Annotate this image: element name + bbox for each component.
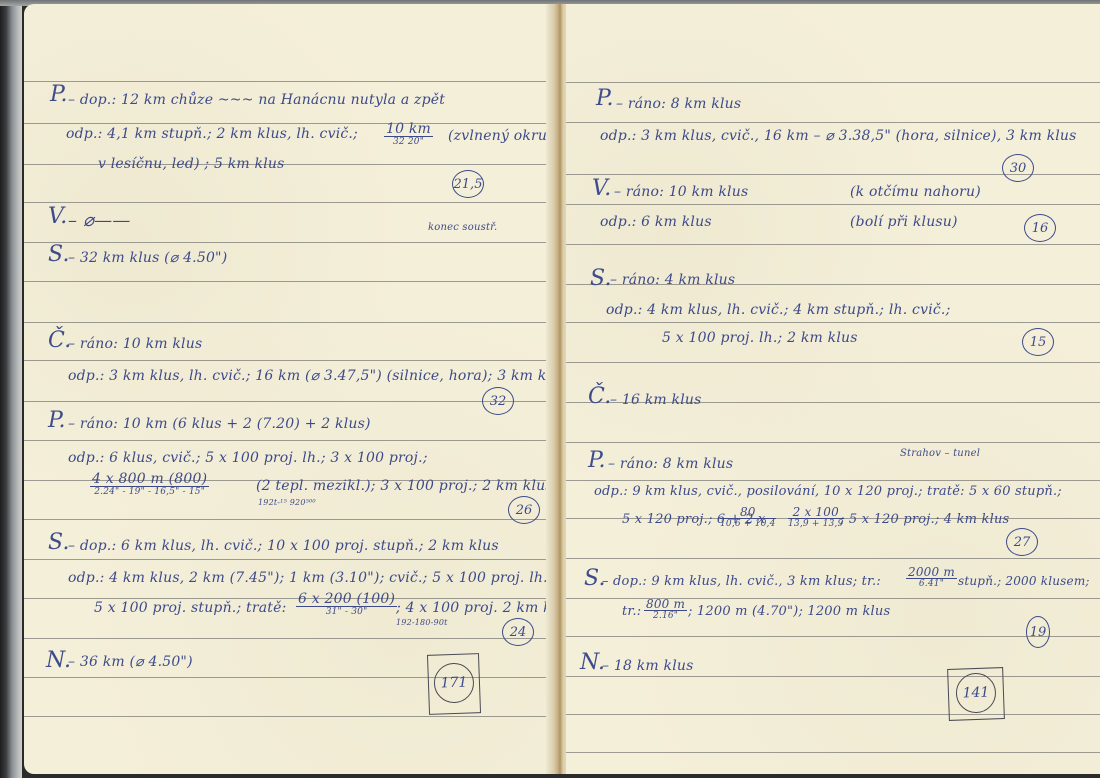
fraction: 800 m2.16" [644,598,687,621]
daily-total-badge: 27 [1006,528,1038,556]
daily-total-badge: 19 [1026,616,1050,648]
fraction: 4 x 800 m (800)2.24" - 19" - 16,5" - 15" [90,472,209,497]
entry-line: – dop.: 9 km klus, lh. cvič., 3 km klus;… [602,574,881,589]
ruled-line [566,322,1100,323]
daily-total-badge: 26 [508,496,540,524]
entry-line: odp.: 6 klus, cvič.; 5 x 100 proj. lh.; … [68,450,428,466]
entry-line: – 32 km klus (⌀ 4.50") [68,250,227,266]
ruled-line [566,480,1100,481]
entry-line: odp.: 4 km klus, 2 km (7.45"); 1 km (3.1… [68,570,553,586]
entry-line: (2 tepl. mezikl.); 3 x 100 proj.; 2 km k… [256,478,553,494]
annotation: Strahov – tunel [900,448,980,459]
day-label: Č. [588,384,611,409]
left-page: P. – dop.: 12 km chůze ~~~ na Hanácnu nu… [24,4,564,774]
ruled-line [24,716,564,717]
entry-line: – ráno: 10 km klus [614,184,748,200]
week-total-box: 171 [427,653,481,715]
entry-line: ; 5 x 120 proj.; 4 km klus [840,512,1009,527]
ruled-line [24,322,564,323]
entry-line: – 36 km (⌀ 4.50") [68,654,193,670]
entry-line: (zvlnený okruh [448,128,556,144]
week-total: 141 [955,672,996,713]
day-label: S. [590,266,612,291]
ruled-line [24,559,564,560]
ruled-line [566,676,1100,677]
day-label: S. [48,242,70,267]
ruled-line [566,714,1100,715]
ruled-line [566,204,1100,205]
daily-total-badge: 24 [502,618,534,646]
entry-line: 5 x 100 proj. lh.; 2 km klus [662,330,858,346]
ruled-line [24,81,564,82]
ruled-line [24,677,564,678]
sub-note: 192t-¹⁵ 920⁵⁰⁰ [258,498,316,507]
week-total-box: 141 [947,667,1005,721]
ruled-line [566,558,1100,559]
day-label: S. [48,530,70,555]
ruled-line [24,123,564,124]
entry-line: odp.: 9 km klus, cvič., posilování, 10 x… [594,484,1062,499]
daily-total-badge: 21,5 [452,170,484,198]
ruled-line [24,281,564,282]
sub-note: 192-180-90t [396,618,448,627]
ruled-line [24,519,564,520]
entry-line: – dop.: 12 km chůze ~~~ na Hanácnu nutyl… [68,92,445,108]
entry-line: odp.: 3 km klus, cvič., 16 km – ⌀ 3.38,5… [600,128,1077,144]
day-label: V. [592,176,611,201]
entry-line: – ráno: 4 km klus [610,272,735,288]
entry-line: 5 x 100 proj. stupň.; tratě: [94,600,287,616]
entry-line: odp.: 4,1 km stupň.; 2 km klus, lh. cvič… [66,126,358,142]
entry-line: ; 4 x 100 proj. 2 km klus [396,600,564,616]
ruled-line [566,752,1100,753]
ruled-line [24,638,564,639]
ruled-line [566,122,1100,123]
entry-line: stupň.; 2000 klusem; [958,574,1090,588]
entry-line: – 18 km klus [602,658,694,674]
week-total: 171 [433,662,474,703]
entry-line: – ráno: 8 km klus [616,96,741,112]
ruled-line [566,636,1100,637]
fraction: 8010,6 + 10,4 [720,506,776,529]
entry-line: odp.: 4 km klus, lh. cvič.; 4 km stupň.;… [606,302,951,318]
fraction: 2 x 10013,9 + 13,9 [788,506,844,529]
daily-total-badge: 32 [482,387,514,415]
day-label: V. [48,204,67,229]
entry-line: – ⌀—— [68,210,131,231]
entry-line: odp.: 6 km klus [600,214,712,230]
binder-edge [0,0,22,778]
entry-line: – ráno: 10 km klus [68,336,202,352]
daily-total-badge: 15 [1022,328,1054,356]
ruled-line [24,598,564,599]
daily-total-badge: 30 [1002,154,1034,182]
entry-line: – dop.: 6 km klus, lh. cvič.; 10 x 100 p… [68,538,499,554]
day-label: P. [48,408,66,433]
fraction: 10 km32 20" [384,122,433,147]
ruled-line [566,82,1100,83]
fraction: 2000 m6.41" [906,566,957,589]
ruled-line [566,362,1100,363]
entry-line: – ráno: 10 km (6 klus + 2 (7.20) + 2 klu… [68,416,371,432]
entry-line: ; 1200 m (4.70"); 1200 m klus [688,604,890,619]
entry-line: odp.: 3 km klus, lh. cvič.; 16 km (⌀ 3.4… [68,368,564,384]
entry-line: – ráno: 8 km klus [608,456,733,472]
note: (k otčímu nahoru) [850,184,981,200]
entry-line: – 16 km klus [610,392,702,408]
day-label: P. [588,448,606,473]
fraction: 6 x 200 (100)31" - 30" [296,592,397,617]
note: konec soustř. [428,222,497,233]
entry-line: tr.: [622,604,641,619]
ruled-line [566,442,1100,443]
day-label: P. [50,82,68,107]
right-page: P. – ráno: 8 km klus odp.: 3 km klus, cv… [566,4,1100,774]
note: (bolí při klusu) [850,214,958,230]
ruled-line [24,242,564,243]
ruled-line [24,360,564,361]
day-label: P. [596,86,614,111]
ruled-line [566,244,1100,245]
daily-total-badge: 16 [1024,214,1056,242]
ruled-line [24,202,564,203]
entry-line: v lesíčnu, led) ; 5 km klus [98,156,285,172]
ruled-line [24,440,564,441]
